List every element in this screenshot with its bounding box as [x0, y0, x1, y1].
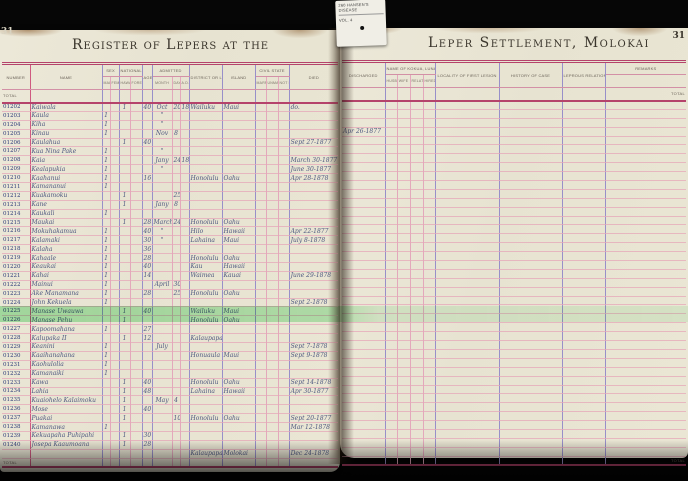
- cell-kokua-wife: [397, 403, 410, 412]
- cell-history: [499, 429, 562, 438]
- cell-leprous-relations: [562, 385, 605, 394]
- cell-remarks: [605, 154, 686, 163]
- cell-died: Mar 12-1878: [289, 423, 338, 432]
- cell-hawaiian: [119, 165, 130, 174]
- cell-kokua-relative: [410, 349, 423, 358]
- cell-kokua-wife: [397, 269, 410, 278]
- cell-kokua-wife: [397, 163, 410, 172]
- cell-remarks: [605, 447, 686, 456]
- cell-kokua-wife: [397, 332, 410, 341]
- table-row: 01218 Kalaha 1 36: [2, 245, 338, 254]
- right-table-header: Discharged Name of Kokua, Luna, Residenc…: [342, 62, 686, 101]
- cell-age: 30: [142, 431, 152, 440]
- cell-month: March: [152, 218, 172, 227]
- cell-died: [289, 396, 338, 405]
- cell-notknown: [278, 360, 289, 369]
- cell-number: [2, 449, 30, 458]
- cell-kokua-wife: [397, 314, 410, 323]
- cell-kokua-relative: [410, 305, 423, 314]
- cell-day: 8: [172, 129, 180, 138]
- cell-name: Ake Manamana: [30, 289, 102, 298]
- cell-hawaiian: [119, 289, 130, 298]
- cell-foreigner: [130, 289, 142, 298]
- cell-island: [222, 183, 255, 192]
- col-nationality: Nationality: [119, 64, 142, 77]
- cell-age: 40: [142, 103, 152, 112]
- cell-island: [222, 209, 255, 218]
- cell-leprous-relations: [562, 216, 605, 225]
- table-row: 01229 Keanini 1 July Sept 7-1878: [2, 343, 338, 352]
- table-row: 01225 Manase Uwauwa 1 40 Wailuku Maui: [2, 307, 338, 316]
- cell-day: 24: [172, 218, 180, 227]
- cell-discharged: [342, 181, 385, 190]
- col-kokua-wife: Wife: [397, 75, 410, 88]
- cell-name: Kekuapaha Puhipahi: [30, 431, 102, 440]
- cell-remarks: [605, 323, 686, 332]
- cell-kokua-husband: [385, 341, 397, 350]
- cell-kokua-husband: [385, 429, 397, 438]
- cell-leprous-relations: [562, 332, 605, 341]
- cell-male: 1: [102, 351, 110, 360]
- cell-name: Kamanawa: [30, 423, 102, 432]
- cell-hawaiian: 1: [119, 200, 130, 209]
- cell-kokua-hired: [423, 154, 435, 163]
- cell-discharged: [342, 332, 385, 341]
- cell-male: 1: [102, 174, 110, 183]
- cell-age: [142, 147, 152, 156]
- cell-kokua-hired: [423, 269, 435, 278]
- cell-married: [255, 218, 266, 227]
- cell-first-lesion: [435, 287, 499, 296]
- cell-history: [499, 447, 562, 456]
- cell-locality: [189, 360, 222, 369]
- cell-island: Maui: [222, 236, 255, 245]
- cell-month: [152, 440, 172, 449]
- table-row: [342, 341, 686, 350]
- cell-island: Kauai: [222, 271, 255, 280]
- cell-female: [110, 378, 119, 387]
- cell-hawaiian: 1: [119, 334, 130, 343]
- table-row: [342, 181, 686, 190]
- cell-island: [222, 280, 255, 289]
- cell-island: [222, 156, 255, 165]
- cell-first-lesion: [435, 118, 499, 127]
- cell-remarks: [605, 332, 686, 341]
- cell-remarks: [605, 172, 686, 181]
- cell-day: [172, 351, 180, 360]
- cell-year: [180, 209, 189, 218]
- folio-number-left: 31: [1, 27, 14, 37]
- cell-year: [180, 263, 189, 272]
- table-row: 01222 Mainui 1 April 30: [2, 280, 338, 289]
- cell-kokua-hired: [423, 261, 435, 270]
- cell-kokua-husband: [385, 207, 397, 216]
- cell-notknown: [278, 325, 289, 334]
- cell-age: [142, 351, 152, 360]
- cell-married: [255, 423, 266, 432]
- col-civil-state: Civil State: [255, 64, 289, 77]
- col-number: Number: [2, 64, 30, 90]
- cell-married: [255, 209, 266, 218]
- cell-unmarried: [266, 200, 278, 209]
- cell-kokua-husband: [385, 394, 397, 403]
- cell-age: [142, 280, 152, 289]
- cell-year: [180, 271, 189, 280]
- cell-first-lesion: [435, 198, 499, 207]
- cell-kokua-hired: [423, 101, 435, 110]
- cell-unmarried: [266, 369, 278, 378]
- cell-kokua-wife: [397, 207, 410, 216]
- table-row: 01233 Kawa 1 40 Honolulu Oahu Sept 14-18…: [2, 378, 338, 387]
- cell-unmarried: [266, 165, 278, 174]
- cell-age: [142, 396, 152, 405]
- cell-female: [110, 227, 119, 236]
- cell-died: [289, 280, 338, 289]
- cell-number: 01209: [2, 165, 30, 174]
- cell-female: [110, 387, 119, 396]
- cell-hawaiian: [119, 360, 130, 369]
- cell-hawaiian: 1: [119, 440, 130, 449]
- cell-day: [172, 298, 180, 307]
- cell-hawaiian: [119, 156, 130, 165]
- cell-leprous-relations: [562, 403, 605, 412]
- cell-year: [180, 351, 189, 360]
- table-row: [342, 429, 686, 438]
- cell-foreigner: [130, 103, 142, 112]
- cell-year: [180, 387, 189, 396]
- cell-leprous-relations: [562, 305, 605, 314]
- cell-remarks: [605, 261, 686, 270]
- cell-kokua-hired: [423, 421, 435, 430]
- cell-history: [499, 403, 562, 412]
- table-row: 01203 Kaula 1 ": [2, 111, 338, 120]
- cell-month: [152, 431, 172, 440]
- cell-leprous-relations: [562, 234, 605, 243]
- cell-kokua-wife: [397, 127, 410, 136]
- cell-died: [289, 316, 338, 325]
- table-row: [342, 314, 686, 323]
- cell-kokua-relative: [410, 421, 423, 430]
- cell-married: [255, 298, 266, 307]
- cell-kokua-husband: [385, 314, 397, 323]
- col-kokua-husband: Husband: [385, 75, 397, 88]
- cell-female: [110, 289, 119, 298]
- cell-name: Mainui: [30, 280, 102, 289]
- cell-male: [102, 316, 110, 325]
- cell-age: 40: [142, 263, 152, 272]
- cell-male: [102, 387, 110, 396]
- cell-year: [180, 183, 189, 192]
- cell-female: [110, 405, 119, 414]
- table-row: [342, 287, 686, 296]
- cell-leprous-relations: [562, 287, 605, 296]
- cell-male: 1: [102, 245, 110, 254]
- cell-male: [102, 431, 110, 440]
- cell-kokua-hired: [423, 136, 435, 145]
- cell-first-lesion: [435, 189, 499, 198]
- cell-kokua-relative: [410, 109, 423, 118]
- cell-kokua-hired: [423, 118, 435, 127]
- cell-history: [499, 101, 562, 110]
- cell-female: [110, 325, 119, 334]
- cell-locality: Waimea: [189, 271, 222, 280]
- cell-male: 1: [102, 369, 110, 378]
- cell-age: [142, 343, 152, 352]
- cell-notknown: [278, 289, 289, 298]
- cell-kokua-hired: [423, 243, 435, 252]
- cell-first-lesion: [435, 278, 499, 287]
- cell-month: [152, 316, 172, 325]
- cell-discharged: [342, 341, 385, 350]
- cell-island: Oahu: [222, 174, 255, 183]
- table-row: 01232 Kamanaiki 1: [2, 369, 338, 378]
- cell-female: [110, 414, 119, 423]
- cell-married: [255, 351, 266, 360]
- cell-first-lesion: [435, 225, 499, 234]
- table-row: 01212 Kuakamoku 1 25: [2, 191, 338, 200]
- cell-name: Maukai: [30, 218, 102, 227]
- cell-died: [289, 209, 338, 218]
- cell-island: [222, 165, 255, 174]
- cell-kokua-relative: [410, 216, 423, 225]
- table-row: [342, 358, 686, 367]
- cell-history: [499, 261, 562, 270]
- table-row: [342, 421, 686, 430]
- cell-hawaiian: [119, 245, 130, 254]
- cell-history: [499, 269, 562, 278]
- cell-day: [172, 147, 180, 156]
- cell-died: March 30-1877: [289, 156, 338, 165]
- cell-name: Kalamaki: [30, 236, 102, 245]
- cell-locality: Wailuku: [189, 307, 222, 316]
- cell-female: [110, 271, 119, 280]
- cell-month: [152, 351, 172, 360]
- cell-leprous-relations: [562, 109, 605, 118]
- cell-female: [110, 254, 119, 263]
- cell-name: Kapoomahana: [30, 325, 102, 334]
- cell-kokua-hired: [423, 358, 435, 367]
- cell-name: Kaula: [30, 111, 102, 120]
- cell-kokua-relative: [410, 323, 423, 332]
- col-married: Married: [255, 77, 266, 90]
- cell-number: 01214: [2, 209, 30, 218]
- cell-kokua-wife: [397, 243, 410, 252]
- cell-leprous-relations: [562, 429, 605, 438]
- cell-kokua-husband: [385, 252, 397, 261]
- cell-married: [255, 334, 266, 343]
- cell-day: 30: [172, 280, 180, 289]
- cell-discharged: [342, 287, 385, 296]
- cell-name: Kuaiohelo Kalaimoku: [30, 396, 102, 405]
- cell-island: [222, 334, 255, 343]
- cell-month: [152, 263, 172, 272]
- cell-foreigner: [130, 183, 142, 192]
- table-row: 01239 Kekuapaha Puhipahi 1 30: [2, 431, 338, 440]
- cell-month: Jany: [152, 200, 172, 209]
- cell-married: [255, 263, 266, 272]
- cell-notknown: [278, 218, 289, 227]
- cell-leprous-relations: [562, 421, 605, 430]
- cell-name: Kaia: [30, 156, 102, 165]
- cell-month: [152, 289, 172, 298]
- cell-died: [289, 200, 338, 209]
- cell-foreigner: [130, 200, 142, 209]
- cell-male: [102, 396, 110, 405]
- cell-leprous-relations: [562, 118, 605, 127]
- col-island: Island: [222, 64, 255, 90]
- cell-kokua-relative: [410, 154, 423, 163]
- cell-locality: Honolulu: [189, 316, 222, 325]
- cell-female: [110, 218, 119, 227]
- cell-day: [172, 271, 180, 280]
- cell-discharged: [342, 429, 385, 438]
- cell-leprous-relations: [562, 314, 605, 323]
- cell-discharged: [342, 447, 385, 456]
- cell-male: [102, 378, 110, 387]
- cell-kokua-relative: [410, 394, 423, 403]
- cell-number: 01224: [2, 298, 30, 307]
- cell-first-lesion: [435, 447, 499, 456]
- cell-notknown: [278, 254, 289, 263]
- cell-locality: [189, 405, 222, 414]
- cell-remarks: [605, 314, 686, 323]
- cell-kokua-wife: [397, 358, 410, 367]
- cell-female: [110, 360, 119, 369]
- table-row: [342, 349, 686, 358]
- cell-kokua-husband: [385, 145, 397, 154]
- cell-kokua-hired: [423, 234, 435, 243]
- cell-kokua-relative: [410, 234, 423, 243]
- cell-number: 01215: [2, 218, 30, 227]
- cell-month: ": [152, 165, 172, 174]
- cell-married: [255, 449, 266, 458]
- cell-leprous-relations: [562, 358, 605, 367]
- cell-month: [152, 405, 172, 414]
- cell-remarks: [605, 287, 686, 296]
- cell-kokua-relative: [410, 314, 423, 323]
- cell-kokua-wife: [397, 118, 410, 127]
- cell-kokua-hired: [423, 403, 435, 412]
- table-row: [342, 225, 686, 234]
- cell-foreigner: [130, 343, 142, 352]
- cell-discharged: [342, 438, 385, 447]
- cell-year: [180, 165, 189, 174]
- cell-locality: Honolulu: [189, 218, 222, 227]
- cell-island: [222, 129, 255, 138]
- col-name: Name: [30, 64, 102, 90]
- cell-died: Sept 27-1877: [289, 138, 338, 147]
- cell-first-lesion: [435, 314, 499, 323]
- cell-female: [110, 334, 119, 343]
- table-row: [342, 278, 686, 287]
- cell-female: [110, 147, 119, 156]
- cell-kokua-wife: [397, 447, 410, 456]
- cell-male: 1: [102, 263, 110, 272]
- cell-first-lesion: [435, 101, 499, 110]
- cell-foreigner: [130, 378, 142, 387]
- cell-kokua-husband: [385, 198, 397, 207]
- cell-foreigner: [130, 218, 142, 227]
- cell-year: [180, 307, 189, 316]
- cell-remarks: [605, 109, 686, 118]
- cell-male: 1: [102, 227, 110, 236]
- table-row: 01211 Kamananui 1: [2, 183, 338, 192]
- cell-year: [180, 325, 189, 334]
- cell-female: [110, 431, 119, 440]
- cell-name: Mokuhakamua: [30, 227, 102, 236]
- cell-leprous-relations: [562, 154, 605, 163]
- table-row: 01204 Kiha 1 ": [2, 120, 338, 129]
- cell-kokua-wife: [397, 261, 410, 270]
- cell-year: [180, 431, 189, 440]
- cell-foreigner: [130, 414, 142, 423]
- cell-married: [255, 103, 266, 112]
- cell-leprous-relations: [562, 438, 605, 447]
- cell-kokua-husband: [385, 296, 397, 305]
- cell-number: 01234: [2, 387, 30, 396]
- cell-day: 4: [172, 396, 180, 405]
- cell-unmarried: [266, 280, 278, 289]
- cell-month: [152, 414, 172, 423]
- cell-age: 28: [142, 254, 152, 263]
- cell-number: 01233: [2, 378, 30, 387]
- cell-kokua-wife: [397, 349, 410, 358]
- cell-married: [255, 360, 266, 369]
- cell-day: [172, 120, 180, 129]
- cell-first-lesion: [435, 127, 499, 136]
- table-row: 01227 Kapoomahana 1 27: [2, 325, 338, 334]
- cell-married: [255, 200, 266, 209]
- cell-number: 01239: [2, 431, 30, 440]
- cell-locality: Honolulu: [189, 174, 222, 183]
- cell-male: [102, 200, 110, 209]
- cell-male: 1: [102, 254, 110, 263]
- cell-month: [152, 174, 172, 183]
- cell-kokua-hired: [423, 367, 435, 376]
- table-row: 01226 Manase Pehu 1 Honolulu Oahu: [2, 316, 338, 325]
- cell-hawaiian: [119, 369, 130, 378]
- cell-number: 01231: [2, 360, 30, 369]
- cell-age: [142, 111, 152, 120]
- cell-day: [172, 227, 180, 236]
- cell-history: [499, 367, 562, 376]
- cell-number: 01228: [2, 334, 30, 343]
- cell-died: Apr 30-1877: [289, 387, 338, 396]
- cell-name: Kiha: [30, 120, 102, 129]
- cell-history: [499, 216, 562, 225]
- cell-died: [289, 289, 338, 298]
- cell-died: [289, 440, 338, 449]
- cell-locality: Honolulu: [189, 414, 222, 423]
- cell-kokua-hired: [423, 287, 435, 296]
- register-table-left: Number Name Sex Nationality Age in Years…: [2, 62, 338, 468]
- cell-foreigner: [130, 254, 142, 263]
- cell-history: [499, 385, 562, 394]
- cell-month: [152, 449, 172, 458]
- page-title-right: Leper Settlement, Molokai: [428, 35, 650, 51]
- cell-number: 01222: [2, 280, 30, 289]
- cell-month: Oct: [152, 103, 172, 112]
- cell-year: 1877: [180, 156, 189, 165]
- cell-notknown: [278, 209, 289, 218]
- cell-kokua-wife: [397, 421, 410, 430]
- cell-discharged: [342, 385, 385, 394]
- cell-female: [110, 263, 119, 272]
- cell-married: [255, 147, 266, 156]
- cell-day: [172, 431, 180, 440]
- col-kokua-hired: Hired: [423, 75, 435, 88]
- total-label-right-bottom: TOTAL: [605, 456, 686, 465]
